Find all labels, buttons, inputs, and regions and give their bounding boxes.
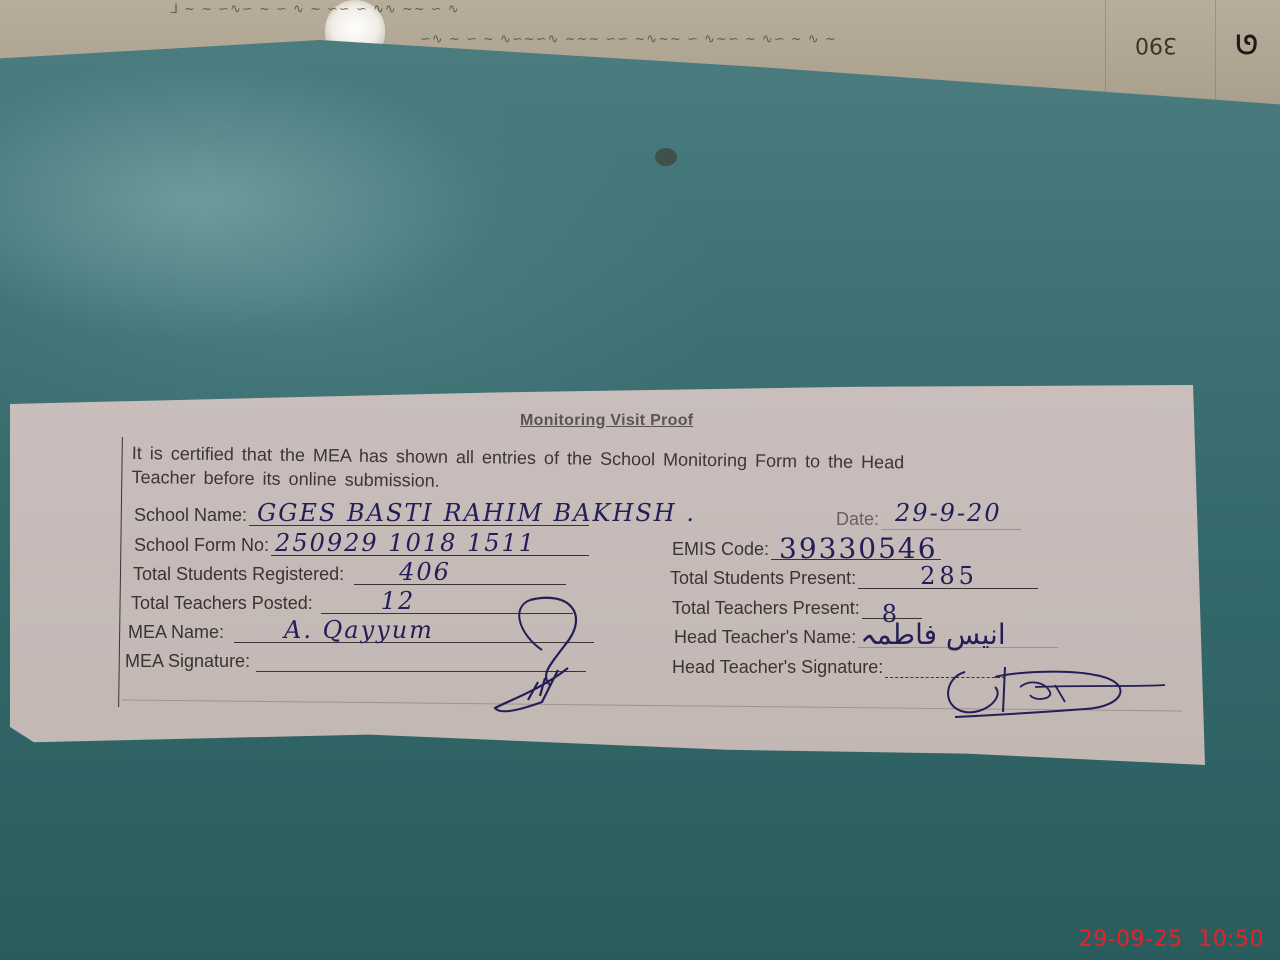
field-label: Total Teachers Posted:	[131, 593, 313, 614]
field-value: 285	[920, 562, 978, 590]
monitoring-visit-proof-slip: Monitoring Visit Proof It is certified t…	[10, 385, 1205, 765]
background-page-number: 390	[1135, 32, 1177, 57]
field-label: MEA Name:	[128, 622, 224, 643]
field-school-form-no: School Form No: 250929 1018 1511	[134, 533, 589, 556]
field-line: انیس فاطمہ	[858, 625, 1058, 648]
field-line: 250929 1018 1511	[271, 533, 589, 556]
field-label: School Name:	[134, 505, 247, 526]
field-value: 406	[399, 558, 451, 586]
field-label: Total Students Present:	[670, 568, 856, 589]
field-total-teachers-present: Total Teachers Present: 8	[672, 596, 922, 619]
background-handwriting: ∽∿ ~ ∽ ~ ∿∽~∽∿ ~~~ ∽∽ ~∿~~ ∽ ∿~∽ ~ ∿∽ ~ …	[420, 32, 837, 47]
background-mark: ᘎ	[1236, 30, 1258, 62]
field-line: 406	[354, 562, 566, 585]
field-value: 12	[381, 587, 416, 615]
timestamp-time: 10:50	[1198, 927, 1264, 952]
field-date: Date: 29-9-20	[836, 507, 1021, 530]
field-school-name: School Name: GGES BASTI RAHIM BAKHSH .	[134, 503, 589, 526]
ruled-line	[1105, 0, 1106, 100]
field-label: EMIS Code:	[672, 539, 769, 560]
field-value: 29-9-20	[895, 499, 1002, 527]
photo-timestamp: 29-09-25 10:50	[1079, 927, 1264, 952]
field-line: 39330546	[771, 537, 941, 560]
field-label: Date:	[836, 509, 879, 530]
field-line: 285	[858, 566, 1038, 589]
field-label: School Form No:	[134, 535, 269, 556]
field-value: 39330546	[779, 532, 938, 565]
field-value: 250929 1018 1511	[275, 529, 536, 557]
stain-mark	[655, 148, 677, 166]
slip-title: Monitoring Visit Proof	[520, 412, 693, 430]
timestamp-date: 29-09-25	[1079, 927, 1183, 952]
background-handwriting: ᒧ ~ ~ ∽∿∽ ~ ∽ ∿ ~ ∽∽ ∽ ∿∿ ~~ ∽ ∿	[170, 2, 460, 17]
field-value: A. Qayyum	[284, 616, 434, 644]
field-label: Head Teacher's Signature:	[672, 657, 883, 678]
field-line: GGES BASTI RAHIM BAKHSH .	[249, 503, 589, 526]
field-value: GGES BASTI RAHIM BAKHSH .	[257, 499, 696, 527]
field-value: انیس فاطمہ	[860, 618, 1005, 651]
field-line: 8	[862, 596, 922, 619]
field-head-teacher-name: Head Teacher's Name: انیس فاطمہ	[674, 625, 1058, 648]
head-teacher-signature-icon	[935, 657, 1175, 727]
field-label: MEA Signature:	[125, 651, 250, 672]
ruled-line	[1215, 0, 1216, 100]
field-label: Total Teachers Present:	[672, 598, 860, 619]
form-border-left	[118, 437, 123, 707]
field-emis-code: EMIS Code: 39330546	[672, 537, 941, 560]
mea-signature-icon	[480, 590, 590, 720]
field-line: 29-9-20	[881, 507, 1021, 530]
field-total-students-present: Total Students Present: 285	[670, 566, 1038, 589]
field-label: Head Teacher's Name:	[674, 627, 856, 648]
field-total-students-registered: Total Students Registered: 406	[133, 562, 566, 585]
field-label: Total Students Registered:	[133, 564, 344, 585]
certification-text: It is certified that the MEA has shown a…	[131, 441, 1152, 501]
